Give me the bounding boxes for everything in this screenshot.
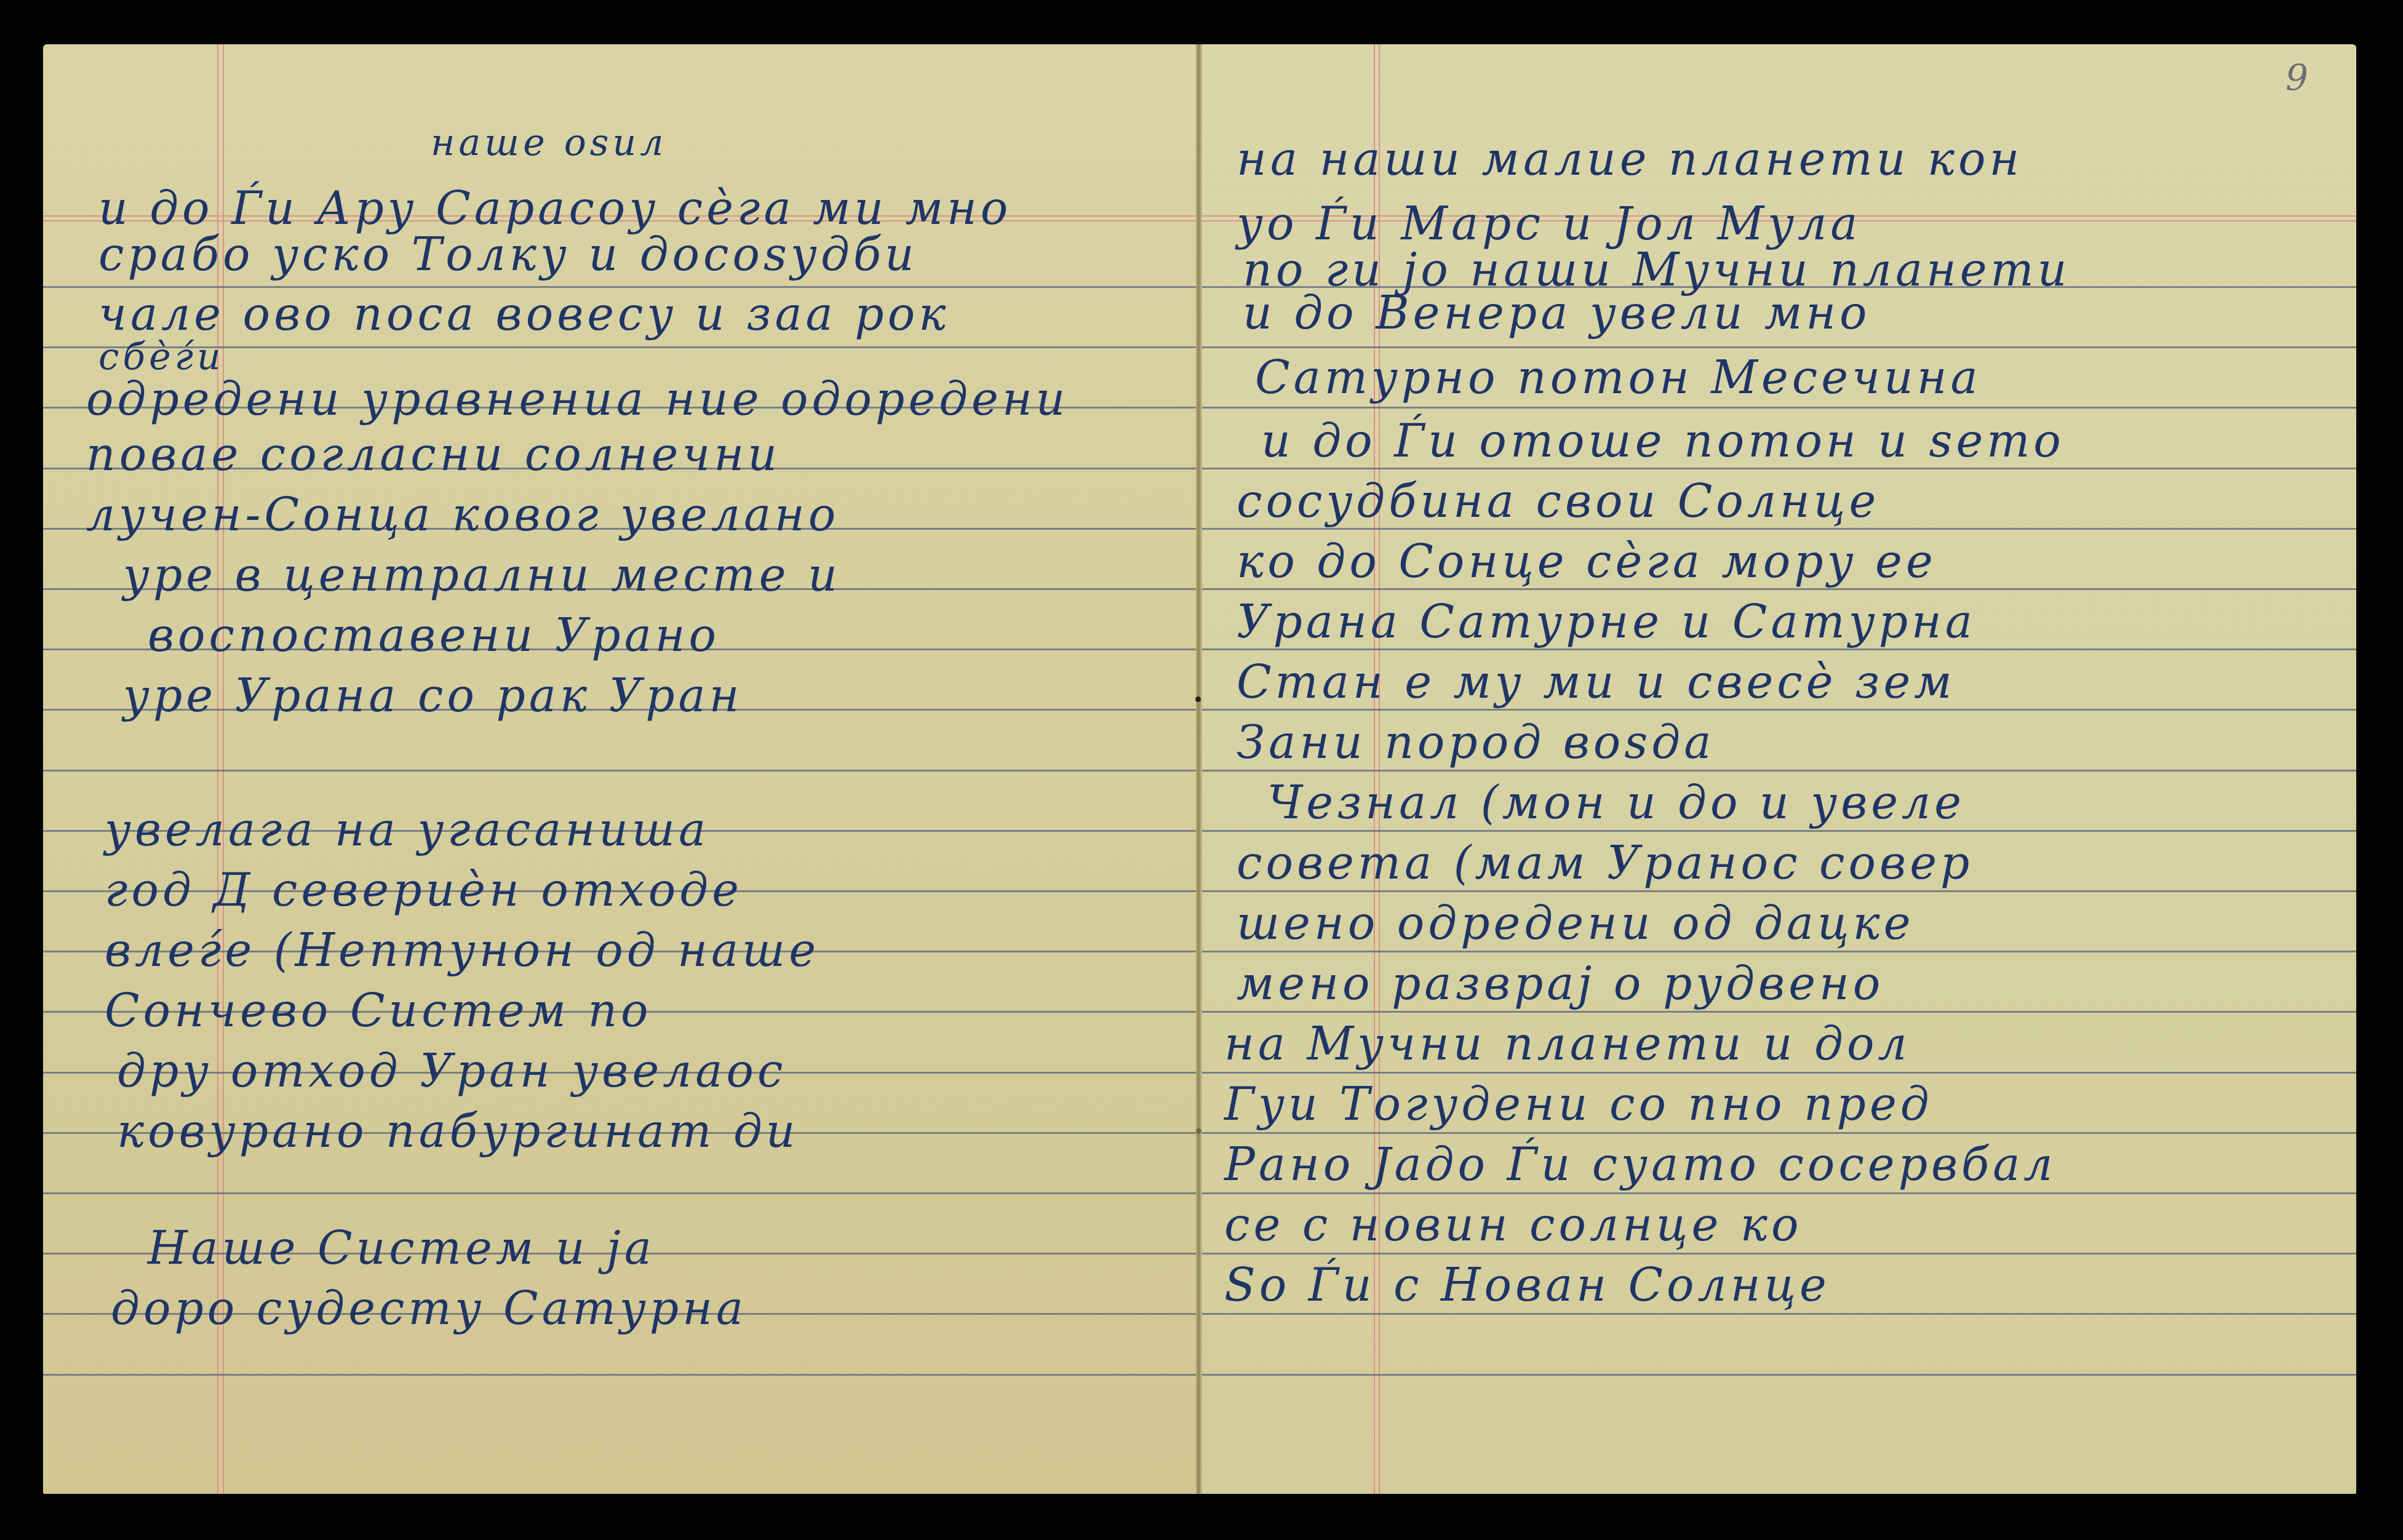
handwritten-line: Стан е му ми и свесѐ зем [1237, 660, 1956, 705]
handwritten-line: Гуи Тогудени со пно пред [1224, 1082, 1933, 1127]
page-number: 9 [2285, 57, 2308, 98]
handwritten-line: сбѐѓи [98, 338, 225, 375]
handwritten-line: чале ово поса вовесу и заа рок [98, 292, 949, 337]
blue-rule [1200, 407, 2356, 409]
handwritten-line: уо Ѓи Марс и Јол Мула [1237, 201, 1861, 247]
handwritten-line: и до Ѓи Ару Сарасоу сѐга ми мно [98, 186, 1011, 231]
insertion-note: наше оѕил [431, 124, 667, 161]
handwritten-line: совета (мам Уранос совер [1237, 840, 1973, 886]
handwritten-line: воспоставени Урано [148, 613, 720, 658]
blue-rule [1200, 770, 2356, 772]
left-page: наше оѕил и до Ѓи Ару Сарасоу сѐга ми мн… [43, 44, 1200, 1494]
handwritten-line: Рано Јадо Ѓи суато сосервбал [1224, 1142, 2056, 1187]
right-page: 9 на наши малие планети кон уо Ѓи Марс и… [1200, 44, 2356, 1494]
handwritten-line: сосудбина свои Солнце [1237, 479, 1879, 524]
handwritten-line: Сончево Систем по [105, 988, 652, 1034]
blue-rule [1200, 1072, 2356, 1074]
handwritten-line: срабо уско Толку и досоѕудби [98, 232, 918, 277]
notebook-spine [1196, 44, 1202, 1494]
handwritten-line: Зани пород воѕда [1237, 720, 1715, 765]
handwritten-line: Урана Сатурне и Сатурна [1237, 599, 1976, 645]
blue-rule [1200, 588, 2356, 590]
blue-rule [1200, 890, 2356, 892]
handwritten-line: уре в централни месте и [123, 553, 841, 598]
blue-rule [43, 1374, 1200, 1376]
blue-rule [1200, 346, 2356, 348]
handwritten-line: и до Ѓи отоше потон и ѕето [1261, 418, 2065, 464]
handwritten-line: ковурано пабургинат ди [117, 1109, 799, 1154]
handwritten-line: влеѓе (Нептунон од наше [105, 928, 819, 973]
handwritten-line: повае согласни солнечни [86, 432, 781, 477]
blue-rule [1200, 1313, 2356, 1315]
handwritten-line: на Мучни планети и дол [1224, 1021, 1911, 1067]
handwritten-line: се с новин солнце ко [1224, 1202, 1803, 1248]
blue-rule [1200, 1192, 2356, 1194]
handwritten-line: Наше Систем и ја [148, 1226, 655, 1271]
blue-rule [1200, 1132, 2356, 1134]
handwritten-line: мено разврај о рудвено [1237, 961, 1884, 1007]
handwritten-line: доро судесту Сатурна [111, 1286, 747, 1331]
blue-rule [1200, 709, 2356, 711]
handwritten-line: Ѕо Ѓи с Нован Солнце [1224, 1263, 1830, 1308]
blue-rule [1200, 468, 2356, 469]
handwritten-line: на наши малие планети кон [1237, 137, 2023, 182]
blue-rule [1200, 1253, 2356, 1255]
blue-rule [1200, 528, 2356, 530]
handwritten-line: дру отход Уран увелаос [117, 1048, 786, 1094]
handwritten-line: Сатурно потон Месечина [1255, 355, 1982, 401]
notebook-spread: наше оѕил и до Ѓи Ару Сарасоу сѐга ми мн… [43, 44, 2356, 1494]
handwritten-line: одредени уравнениа ние одоредени [86, 377, 1069, 422]
handwritten-line: Чезнал (мон и до и увеле [1267, 780, 1965, 826]
staple-hole [1195, 696, 1201, 702]
handwritten-line: уре Урана со рак Уран [123, 673, 743, 719]
blue-rule [1200, 830, 2356, 832]
blue-rule [1200, 648, 2356, 650]
blue-rule [1200, 1374, 2356, 1376]
handwritten-line: лучен-Сонца ковог увелано [86, 492, 839, 538]
handwritten-line: и до Венера увели мно [1243, 290, 1871, 336]
handwritten-line: увелага на угасаниша [105, 807, 709, 853]
handwritten-line: год Д севериѐн отходе [105, 868, 743, 913]
staple-hole [1196, 1128, 1201, 1134]
handwritten-line: шено одредени од дацке [1237, 901, 1915, 946]
handwritten-line: по ги јо наши Мучни планети [1243, 247, 2070, 293]
scan-background: наше оѕил и до Ѓи Ару Сарасоу сѐга ми мн… [0, 0, 2403, 1540]
handwritten-line: ко до Сонце сѐга мору ее [1237, 539, 1937, 584]
blue-rule [43, 1192, 1200, 1194]
blue-rule [1200, 1011, 2356, 1013]
blue-rule [1200, 951, 2356, 952]
blue-rule [43, 770, 1200, 772]
